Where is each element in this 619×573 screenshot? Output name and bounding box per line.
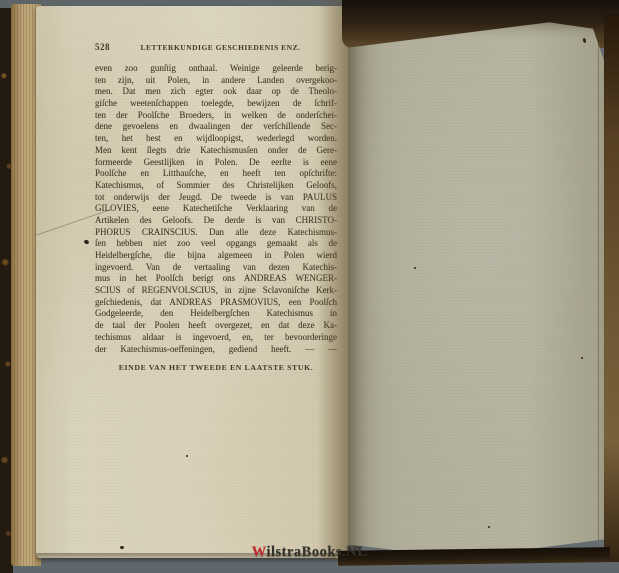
body-text-line: men. Dat men zich egter ook daar op de T…: [95, 86, 337, 98]
page-crease: [598, 40, 599, 540]
body-text-line: techismus aldaar is ingevoerd, en, ter b…: [95, 332, 337, 344]
body-text-line: der Katechismus-oeffeningen, gediend hee…: [95, 344, 337, 356]
body-text-line: formeerde Geestlijken in Polen. De eerſt…: [95, 157, 337, 169]
body-text-line: ten zijn, uit Polen, in andere Landen ov…: [95, 75, 337, 87]
body-text-line: de taal der Poolen heeft overgezet, en d…: [95, 320, 337, 332]
end-of-volume-line: EINDE VAN HET TWEEDE EN LAATSTE STUK.: [95, 363, 337, 372]
book-spine-edge: [604, 14, 619, 562]
body-text-line: even zoo gunſtig onthaal. Weinige geleer…: [95, 63, 337, 75]
body-text-line: ten, het best en wijdloopigst, wederlegd…: [95, 133, 337, 145]
body-text-line: Artikelen des Geloofs. De derde is van C…: [95, 215, 337, 227]
body-text-line: ſen hebben niet zoo veel opgangs gemaakt…: [95, 238, 337, 250]
body-text-line: Poolſche en Litthauſche, en heeft ten op…: [95, 168, 337, 180]
ink-speck: [414, 267, 416, 269]
body-text-line: geſchiedenis, dat ANDREAS PRASMOVIUS, ee…: [95, 297, 337, 309]
body-text-line: GILOVIES, eene Katechetiſche Verklaaring…: [95, 203, 337, 215]
running-header: LETTERKUNDIGE GESCHIEDENIS ENZ.: [110, 43, 337, 52]
body-text-line: dene gevoelens en dwaalingen der verſchi…: [95, 121, 337, 133]
ink-speck: [488, 526, 490, 528]
body-text-line: mus in het Poolſch berigt ons ANDREAS WE…: [95, 273, 337, 285]
right-page: [348, 18, 606, 558]
ink-speck: [186, 455, 188, 457]
watermark-initial: W: [252, 544, 267, 560]
body-text-line: Godgeleerde, den Heidelbergſchen Katechi…: [95, 308, 337, 320]
running-header-row: 528 LETTERKUNDIGE GESCHIEDENIS ENZ.: [95, 42, 337, 54]
body-text-line: Heidelbergſche, die bijna algemeen in Po…: [95, 250, 337, 262]
body-text-line: SCIUS of REGENVOLSCIUS, in zijne Sclavon…: [95, 285, 337, 297]
body-text: even zoo gunſtig onthaal. Weinige geleer…: [95, 63, 337, 355]
ink-speck: [581, 357, 583, 359]
ink-speck: [83, 239, 89, 245]
body-text-line: ten der Poolſche Broeders, in welken de …: [95, 110, 337, 122]
book-photograph: 528 LETTERKUNDIGE GESCHIEDENIS ENZ. even…: [0, 0, 619, 573]
watermark-rest: ilstraBooks.NL: [266, 544, 367, 560]
body-text-line: tot onderwijs der Jeugd. De tweede is va…: [95, 192, 337, 204]
body-text-line: PHORUS CRAINSCIUS. Dan alle deze Katechi…: [95, 227, 337, 239]
left-page: 528 LETTERKUNDIGE GESCHIEDENIS ENZ. even…: [36, 6, 348, 558]
text-column: 528 LETTERKUNDIGE GESCHIEDENIS ENZ. even…: [95, 42, 337, 372]
body-text-line: Men kent ſlegts drie Katechismusſen onde…: [95, 145, 337, 157]
body-text-line: giſche weetenſchappen toelegde, bewijzen…: [95, 98, 337, 110]
body-text-line: ingevoerd. Van de vertaaling van dezen K…: [95, 262, 337, 274]
watermark: WilstraBooks.NL: [0, 544, 619, 561]
body-text-line: Katechismus, of Sommier des Christelijke…: [95, 180, 337, 192]
page-number: 528: [95, 42, 110, 52]
